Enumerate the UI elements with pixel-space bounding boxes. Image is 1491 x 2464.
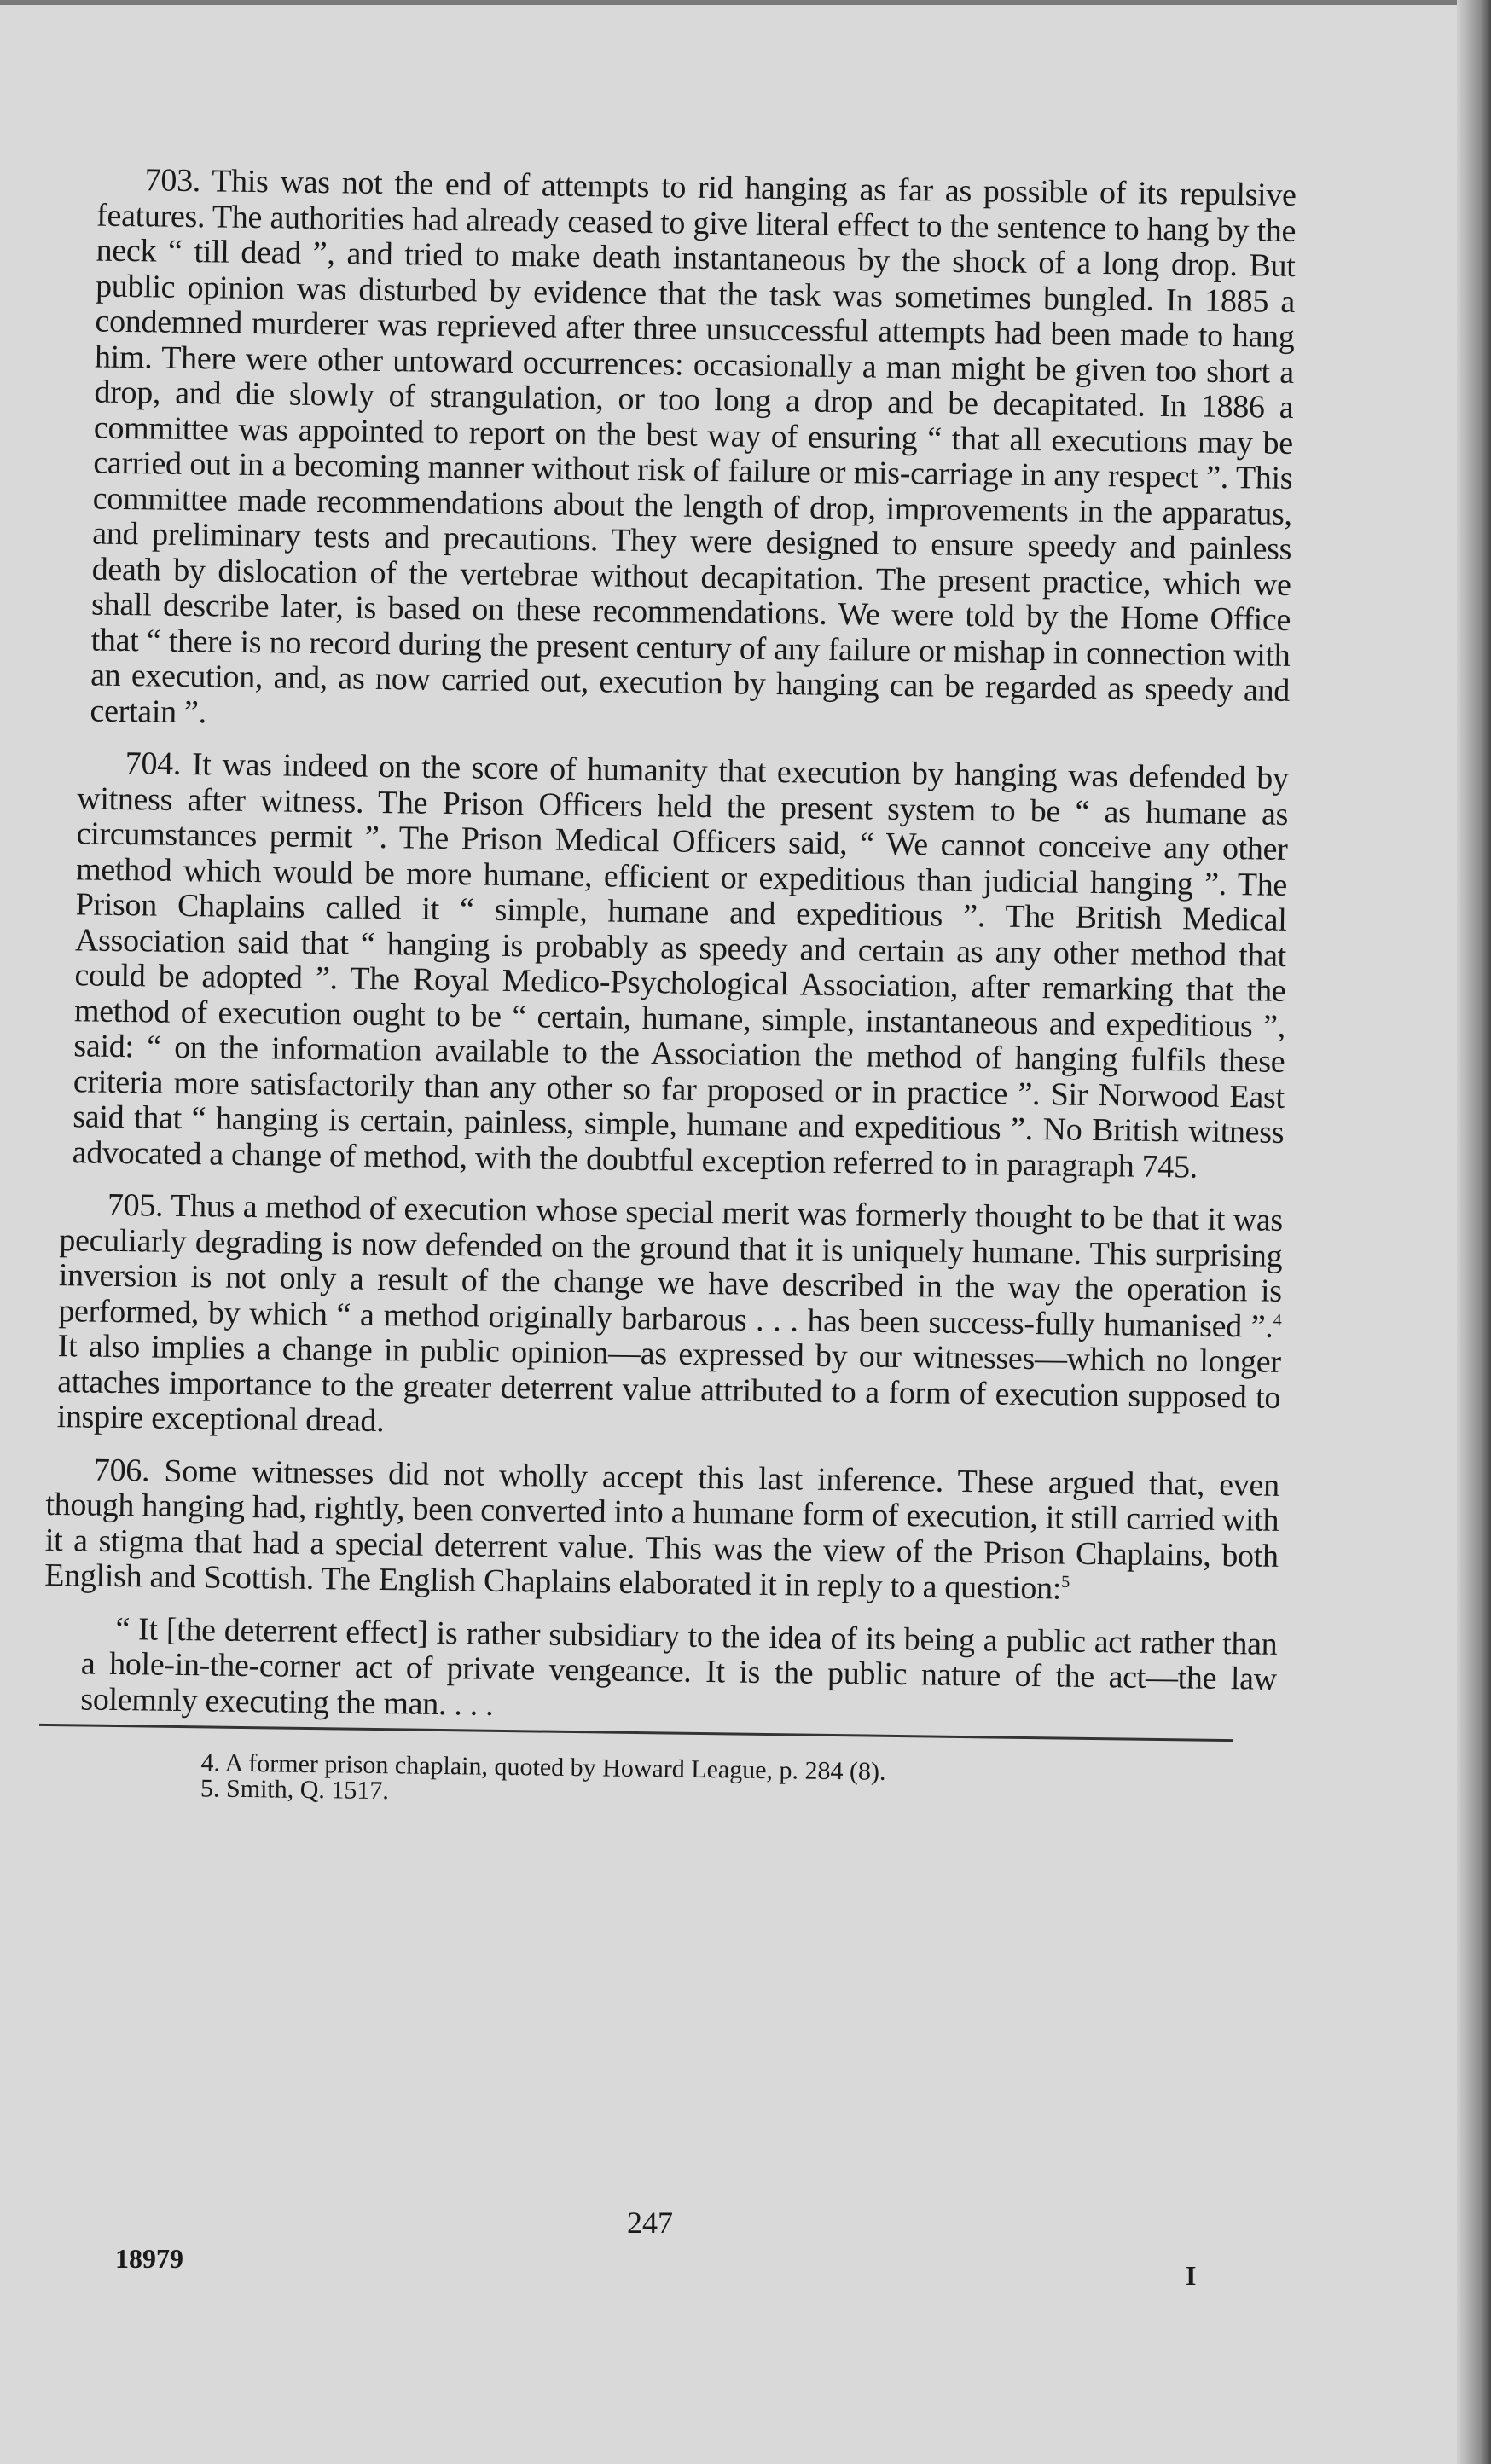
footnotes: 4. A former prison chaplain, quoted by H… bbox=[200, 1750, 1276, 1815]
paragraph-703: 703. This was not the end of attempts to… bbox=[90, 163, 1297, 745]
paragraph-705-text-b: It also implies a change in public opini… bbox=[56, 1328, 1281, 1439]
document-page: 703. This was not the end of attempts to… bbox=[38, 162, 1297, 1816]
paragraph-706: 706. Some witnesses did not wholly accep… bbox=[44, 1452, 1279, 1609]
print-code: 18979 bbox=[115, 2243, 183, 2275]
paragraph-705-text-a: 705. Thus a method of execution whose sp… bbox=[58, 1187, 1283, 1344]
paragraph-706-text: 706. Some witnesses did not wholly accep… bbox=[44, 1452, 1279, 1606]
footnote-ref-4: 4 bbox=[1273, 1311, 1282, 1330]
paragraph-704: 704. It was indeed on the score of human… bbox=[73, 745, 1289, 1186]
page-edge-right bbox=[1457, 0, 1491, 2464]
signature-mark: I bbox=[1186, 2260, 1196, 2292]
paragraph-705: 705. Thus a method of execution whose sp… bbox=[56, 1187, 1283, 1451]
block-quote: “ It [the deterrent effect] is rather su… bbox=[80, 1611, 1278, 1733]
footnote-ref-5: 5 bbox=[1061, 1573, 1070, 1591]
page-edge-top bbox=[0, 0, 1491, 5]
page-number: 247 bbox=[627, 2205, 673, 2241]
